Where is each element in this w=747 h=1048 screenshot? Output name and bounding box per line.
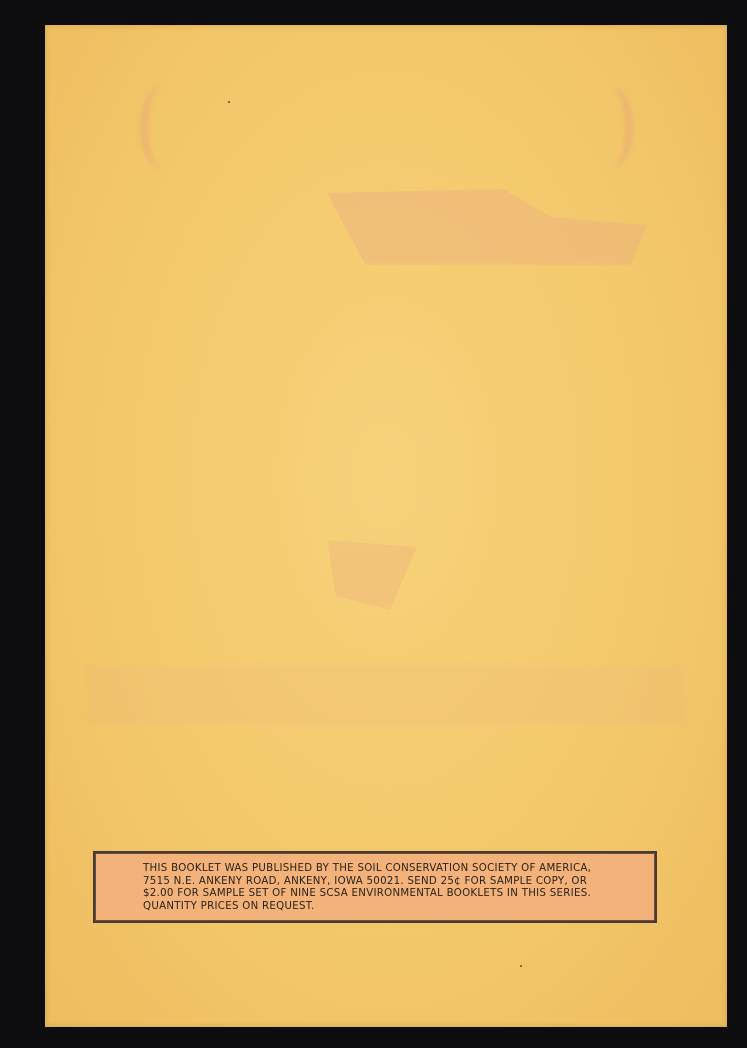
publisher-notice-box: This booklet was published by the Soil C… bbox=[93, 851, 657, 923]
notice-line-1: This booklet was published by the Soil C… bbox=[143, 863, 591, 874]
notice-line-2: 7515 N.E. Ankeny Road, Ankeny, Iowa 5002… bbox=[143, 876, 587, 887]
paper-speck bbox=[520, 965, 522, 967]
notice-line-4: Quantity prices on request. bbox=[143, 901, 315, 912]
show-through-shape-lower bbox=[327, 540, 417, 610]
show-through-band bbox=[85, 665, 685, 725]
back-cover-page: This booklet was published by the Soil C… bbox=[45, 25, 727, 1027]
show-through-arc-left bbox=[140, 85, 188, 170]
paper-speck bbox=[228, 101, 230, 103]
publisher-notice-text: This booklet was published by the Soil C… bbox=[143, 863, 645, 913]
show-through-shape bbox=[327, 185, 647, 265]
notice-line-3: $2.00 for sample set of nine SCSA enviro… bbox=[143, 888, 591, 899]
show-through-arc-right bbox=[585, 85, 633, 170]
